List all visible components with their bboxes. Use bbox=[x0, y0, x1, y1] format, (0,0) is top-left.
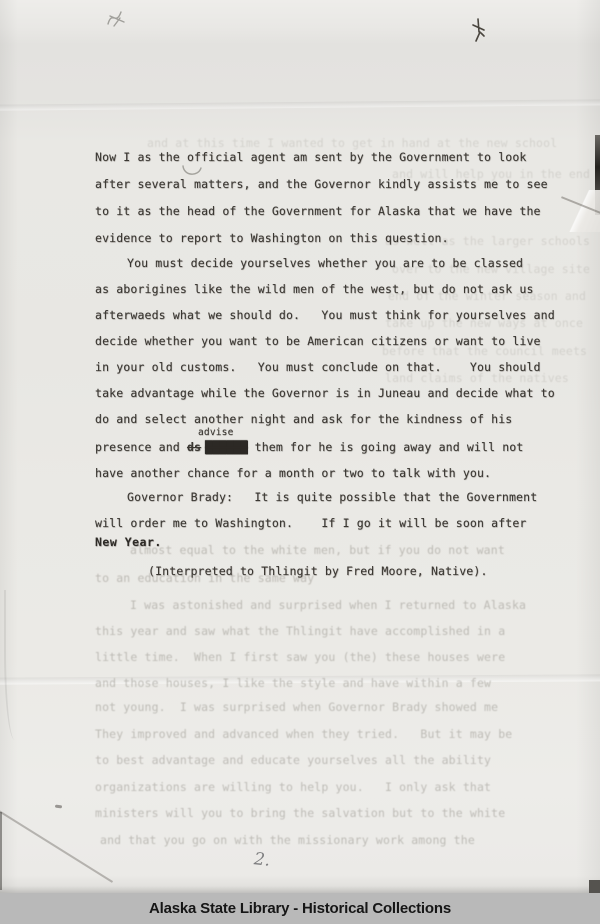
ink-blot-icon bbox=[468, 16, 490, 44]
strikethrough-word: ds bbox=[187, 440, 201, 454]
bottom-right-dark-mark bbox=[589, 880, 600, 893]
typed-line: in your old customs. You must conclude o… bbox=[95, 360, 541, 374]
typed-line: have another chance for a month or two t… bbox=[95, 466, 491, 480]
overstruck-word: ██████ bbox=[205, 440, 247, 454]
ghost-text-line: They improved and advanced when they tri… bbox=[95, 727, 512, 741]
typed-line: decide whether you want to be American c… bbox=[95, 334, 541, 348]
typed-line: New Year. bbox=[95, 535, 162, 549]
typed-line: as aborigines like the wild men of the w… bbox=[95, 282, 534, 296]
ghost-text-line: to best advantage and educate yourselves… bbox=[95, 753, 491, 767]
typed-line: You must decide yourselves whether you a… bbox=[127, 256, 523, 270]
handwritten-page-number: 2. bbox=[253, 849, 271, 871]
paper-bottom-shadow bbox=[0, 886, 600, 893]
ghost-text-line: not young. I was surprised when Governor… bbox=[95, 700, 498, 714]
footer-caption: Alaska State Library - Historical Collec… bbox=[149, 900, 451, 917]
pencil-scribble-icon bbox=[100, 4, 136, 32]
typed-line-with-strikeout: presence and ds██████ them for he is goi… bbox=[95, 440, 523, 454]
ghost-text-line: this year and saw what the Thlingit have… bbox=[95, 624, 505, 638]
scanned-document-photo: and at this time I wanted to get in hand… bbox=[0, 0, 600, 924]
typed-line: afterwaeds what we should do. You must t… bbox=[95, 308, 555, 322]
typed-line: (Interpreted to Thlingit by Fred Moore, … bbox=[148, 564, 488, 578]
ghost-text-line: almost equal to the white men, but if yo… bbox=[130, 543, 505, 557]
ghost-text-line: and at this time I wanted to get in hand… bbox=[147, 136, 557, 150]
typed-line: evidence to report to Washington on this… bbox=[95, 231, 449, 245]
ghost-text-line: ministers will you to bring the salvatio… bbox=[95, 806, 505, 820]
correction-post-text: them for he is going away and will not bbox=[248, 440, 524, 454]
ghost-text-line: I was astonished and surprised when I re… bbox=[130, 598, 526, 612]
ghost-text-line: and those houses, I like the style and h… bbox=[95, 676, 491, 690]
typed-line: after several matters, and the Governor … bbox=[95, 177, 548, 191]
typed-line: Governor Brady: It is quite possible tha… bbox=[127, 490, 537, 504]
typed-line: to it as the head of the Government for … bbox=[95, 204, 541, 218]
ghost-text-line: little time. When I first saw you (the) … bbox=[95, 650, 505, 664]
typed-line: Now I as the official agent am sent by t… bbox=[95, 150, 527, 164]
ghost-text-line: organizations are willing to help you. I… bbox=[95, 780, 491, 794]
correction-pre-text: presence and bbox=[95, 440, 187, 454]
typed-line: will order me to Washington. If I go it … bbox=[95, 516, 527, 530]
right-edge-shadow bbox=[595, 135, 600, 215]
bottom-left-edge-line bbox=[0, 812, 2, 890]
typed-line: take advantage while the Governor is in … bbox=[95, 386, 555, 400]
footer-bar: Alaska State Library - Historical Collec… bbox=[0, 893, 600, 924]
typed-line: do and select another night and ask for … bbox=[95, 412, 512, 426]
superscript-correction: advise bbox=[198, 427, 234, 438]
ghost-text-line: and that you go on with the missionary w… bbox=[100, 833, 475, 847]
